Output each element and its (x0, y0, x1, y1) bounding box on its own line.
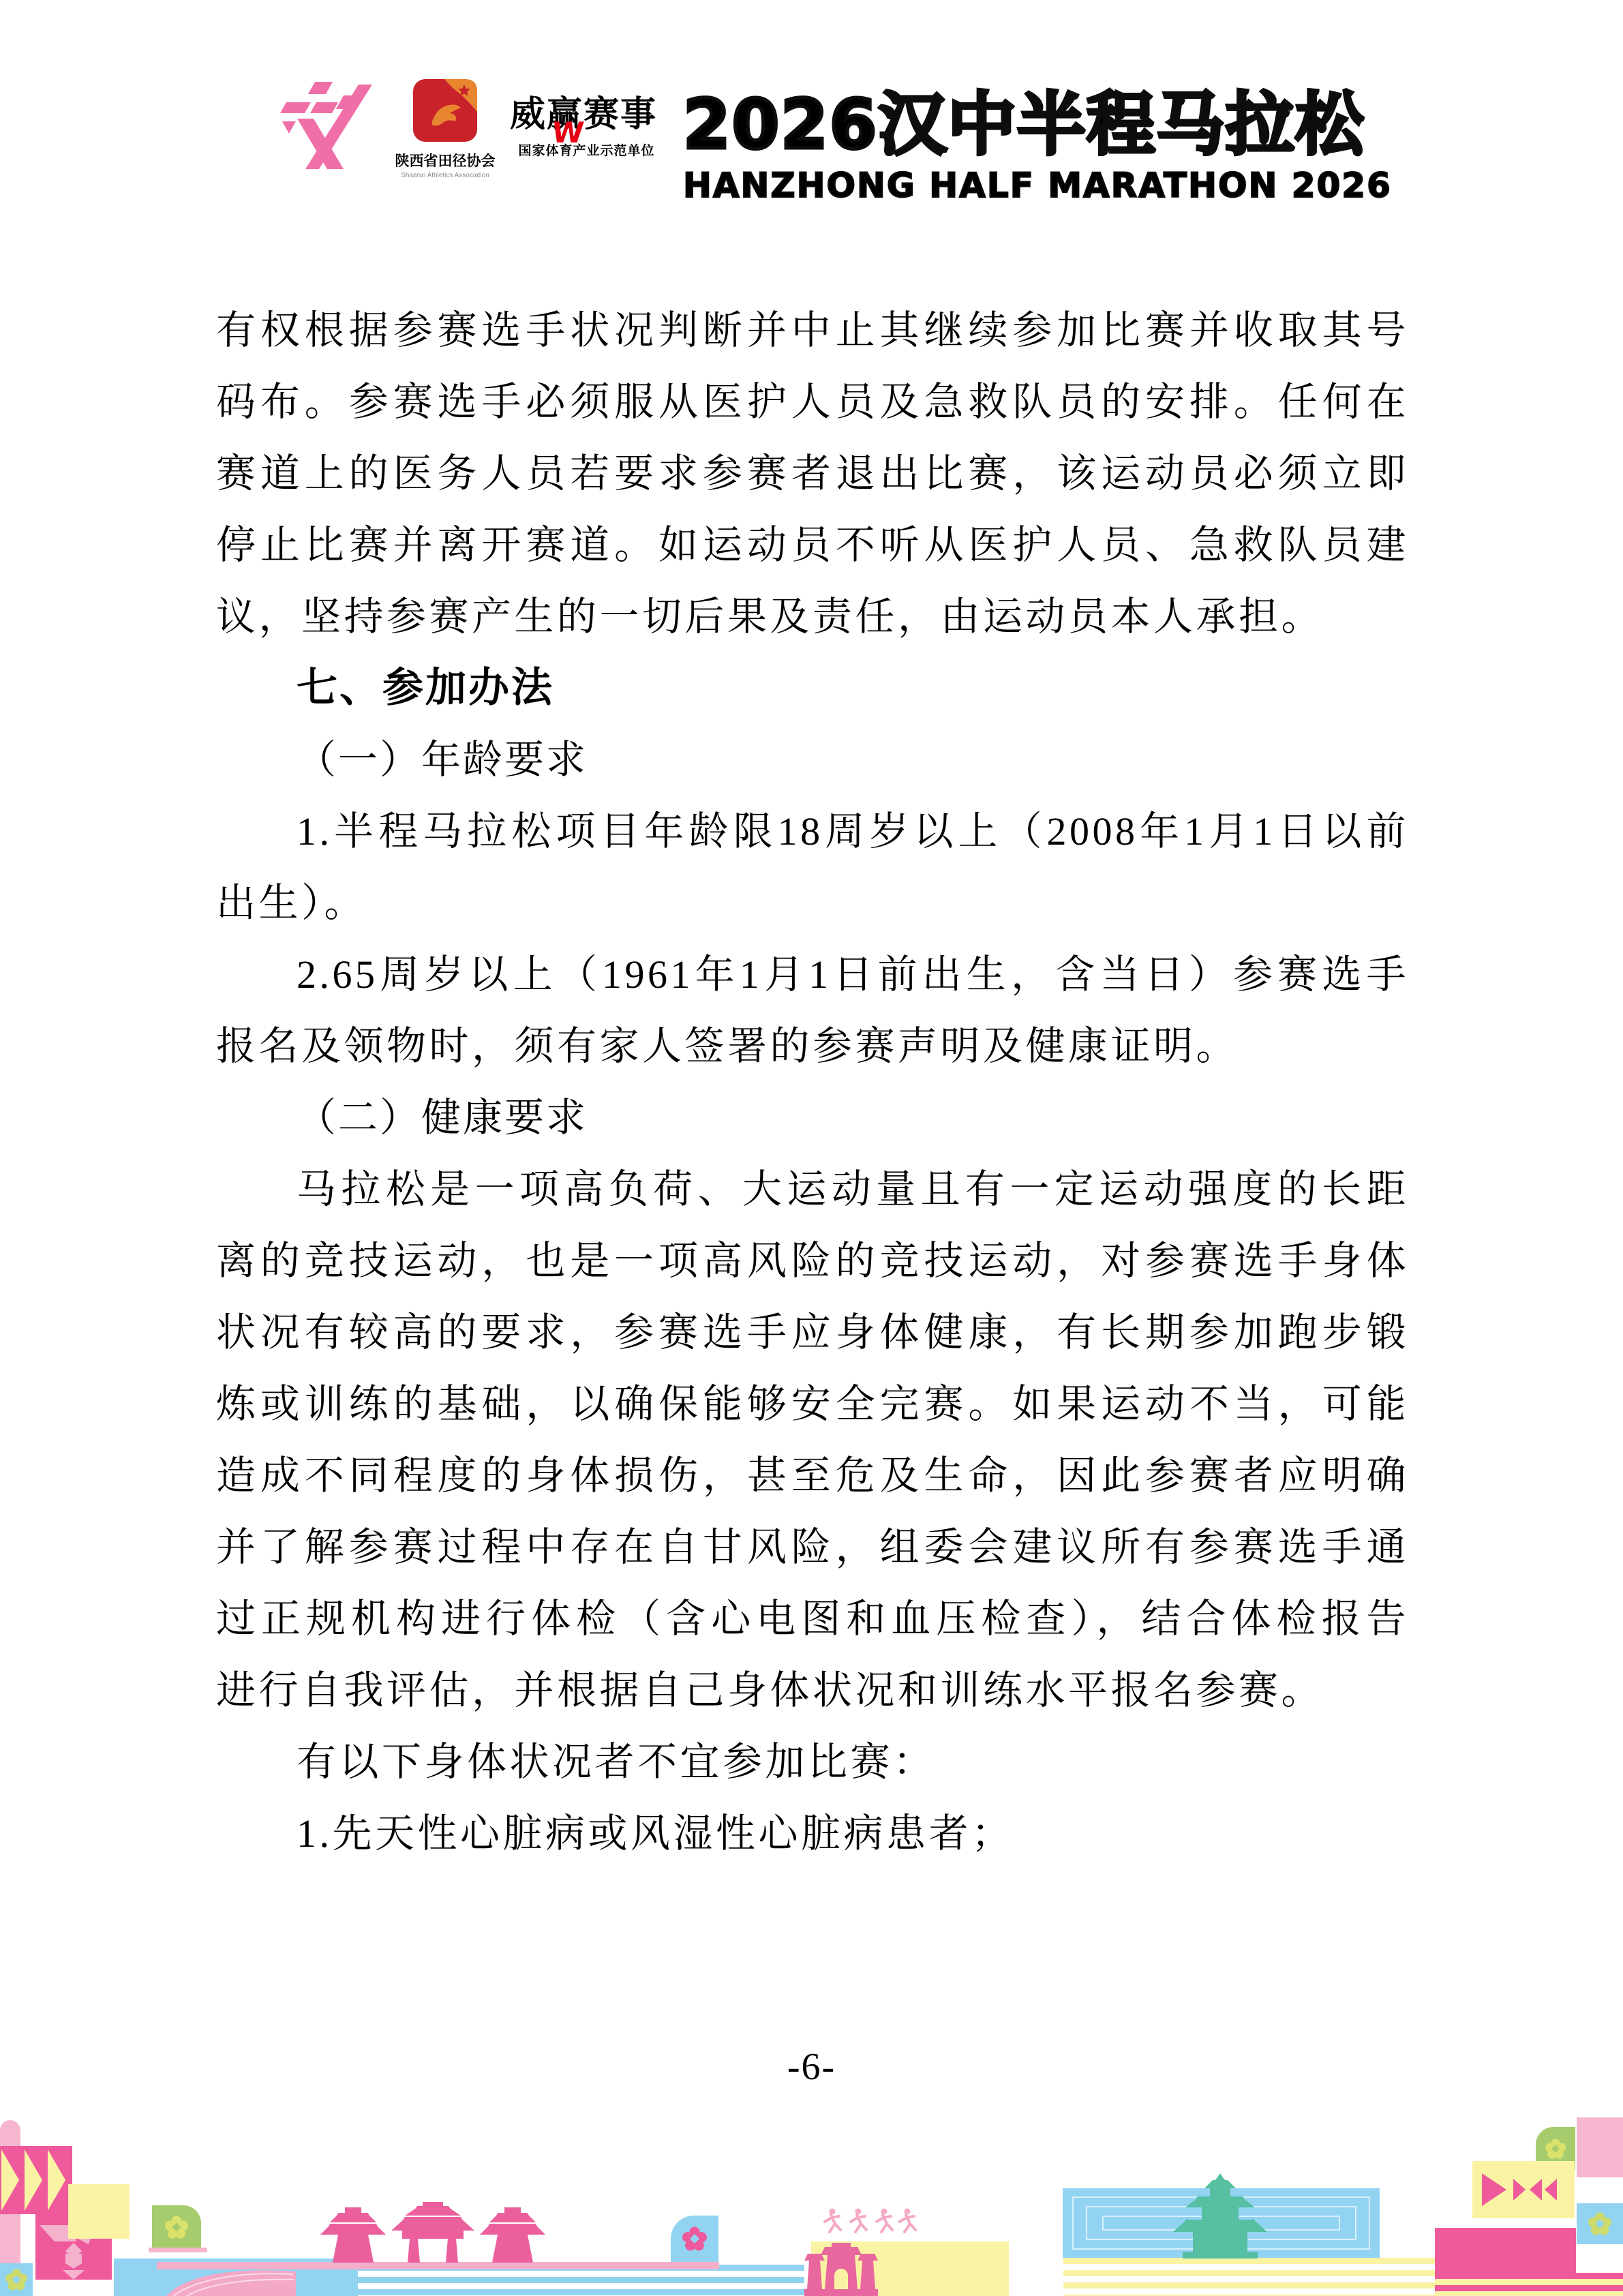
text-line: 停止比赛并离开赛道。如运动员不听从医护人员、急救队员建 (216, 509, 1409, 581)
city-gate-icon (804, 2235, 878, 2296)
pink-block-shape (1435, 2228, 1576, 2273)
text-line: 造成不同程度的身体损伤，甚至危及生命，因此参赛者应明确 (216, 1440, 1409, 1511)
pink-baseline-bar (157, 2262, 719, 2269)
flower-icon (1545, 2139, 1566, 2159)
text-line: 炼或训练的基础，以确保能够安全完赛。如果运动不当，可能 (216, 1368, 1409, 1440)
section-heading: 七、参加办法 (216, 652, 1409, 724)
text-line: 报名及领物时，须有家人签署的参赛声明及健康证明。 (216, 1010, 1409, 1082)
text-line: 状况有较高的要求，参赛选手应身体健康，有长期参加跑步锻 (216, 1297, 1409, 1368)
pale-pink-block-shape (1577, 2117, 1623, 2177)
bridge-icon (166, 2269, 296, 2296)
organizer-name: 威赢赛事 (510, 97, 663, 132)
arrow-pattern-icon (1479, 2168, 1568, 2211)
yellow-arrow-block-shape (1472, 2161, 1575, 2218)
blue-square-shape (1577, 2203, 1623, 2244)
text-line: 码布。参赛选手必须服从医护人员及急救队员的安排。任何在 (216, 366, 1409, 438)
flower-icon (5, 2269, 27, 2291)
text-line: 赛道上的医务人员若要求参赛者退出比赛，该运动员必须立即 (216, 438, 1409, 509)
event-title-cn: 2026汉中半程马拉松 (683, 89, 1365, 160)
association-name-en: Shaanxi Athletics Association (394, 172, 496, 179)
text-line: 出生）。 (216, 867, 1409, 939)
flower-icon (165, 2216, 188, 2239)
pink-ledge-shape (149, 2248, 207, 2252)
text-line: 进行自我评估，并根据自己身体状况和训练水平报名参赛。 (216, 1655, 1409, 1726)
text-line: 有权根据参赛选手状况判断并中止其继续参加比赛并收取其号 (216, 294, 1409, 366)
text-line: 离的竞技运动，也是一项高风险的竞技运动，对参赛选手身体 (216, 1225, 1409, 1297)
organizer-subtitle: 国家体育产业示范单位 (510, 140, 663, 159)
association-badge-icon (413, 79, 477, 142)
page: { "header": { "assoc": { "name_cn": "陕西省… (0, 0, 1623, 2296)
text-line: 马拉松是一项高负荷、大运动量且有一定运动强度的长距 (216, 1153, 1409, 1225)
text-line: 过正规机构进行体检（含心电图和血压检查），结合体检报告 (216, 1583, 1409, 1655)
sub-heading: （一）年龄要求 (216, 724, 1409, 796)
yellow-stripe-band (1063, 2258, 1438, 2296)
text-line: 并了解参赛过程中存在自甘风险，组委会建议所有参赛选手通 (216, 1511, 1409, 1583)
text-line: 1.先天性心脏病或风湿性心脏病患者； (216, 1798, 1409, 1869)
text-line: 有以下身体状况者不宜参加比赛： (216, 1726, 1409, 1798)
blue-round-block-shape (671, 2216, 718, 2262)
chevron-pattern-icon (0, 2146, 72, 2214)
page-number: -6- (0, 2045, 1623, 2089)
athletics-association-logo: 陕西省田径协会 Shaanxi Athletics Association (394, 79, 496, 179)
hanzhong-monogram-icon (278, 82, 374, 172)
event-title-block: 2026汉中半程马拉松 HANZHONG HALF MARATHON 2026 (683, 89, 1365, 205)
organizer-logo: 威赢赛事 W 国家体育产业示范单位 (510, 97, 663, 159)
association-name-cn: 陕西省田径协会 (394, 150, 496, 170)
footer-decoration (0, 2113, 1623, 2296)
flower-icon (682, 2226, 707, 2251)
green-block-shape (152, 2205, 201, 2249)
blue-square-shape (0, 2263, 33, 2296)
pagoda-gates-icon (300, 2199, 566, 2263)
text-line: 2.65周岁以上（1961年1月1日前出生，含当日）参赛选手 (216, 939, 1409, 1010)
pink-yellow-stripe-band (1435, 2273, 1623, 2296)
sub-heading: （二）健康要求 (216, 1082, 1409, 1153)
teal-pagoda-icon (1162, 2173, 1278, 2259)
flower-icon (1588, 2212, 1611, 2235)
organizer-w-mark: W (550, 116, 585, 149)
event-title-en: HANZHONG HALF MARATHON 2026 (683, 166, 1365, 205)
text-line: 1.半程马拉松项目年龄限18周岁以上（2008年1月1日以前 (216, 796, 1409, 867)
text-line: 议，坚持参赛产生的一切后果及责任，由运动员本人承担。 (216, 581, 1409, 652)
yellow-block-shape (68, 2184, 130, 2239)
document-body: 有权根据参赛选手状况判断并中止其继续参加比赛并收取其号码布。参赛选手必须服从医护… (216, 294, 1409, 1869)
